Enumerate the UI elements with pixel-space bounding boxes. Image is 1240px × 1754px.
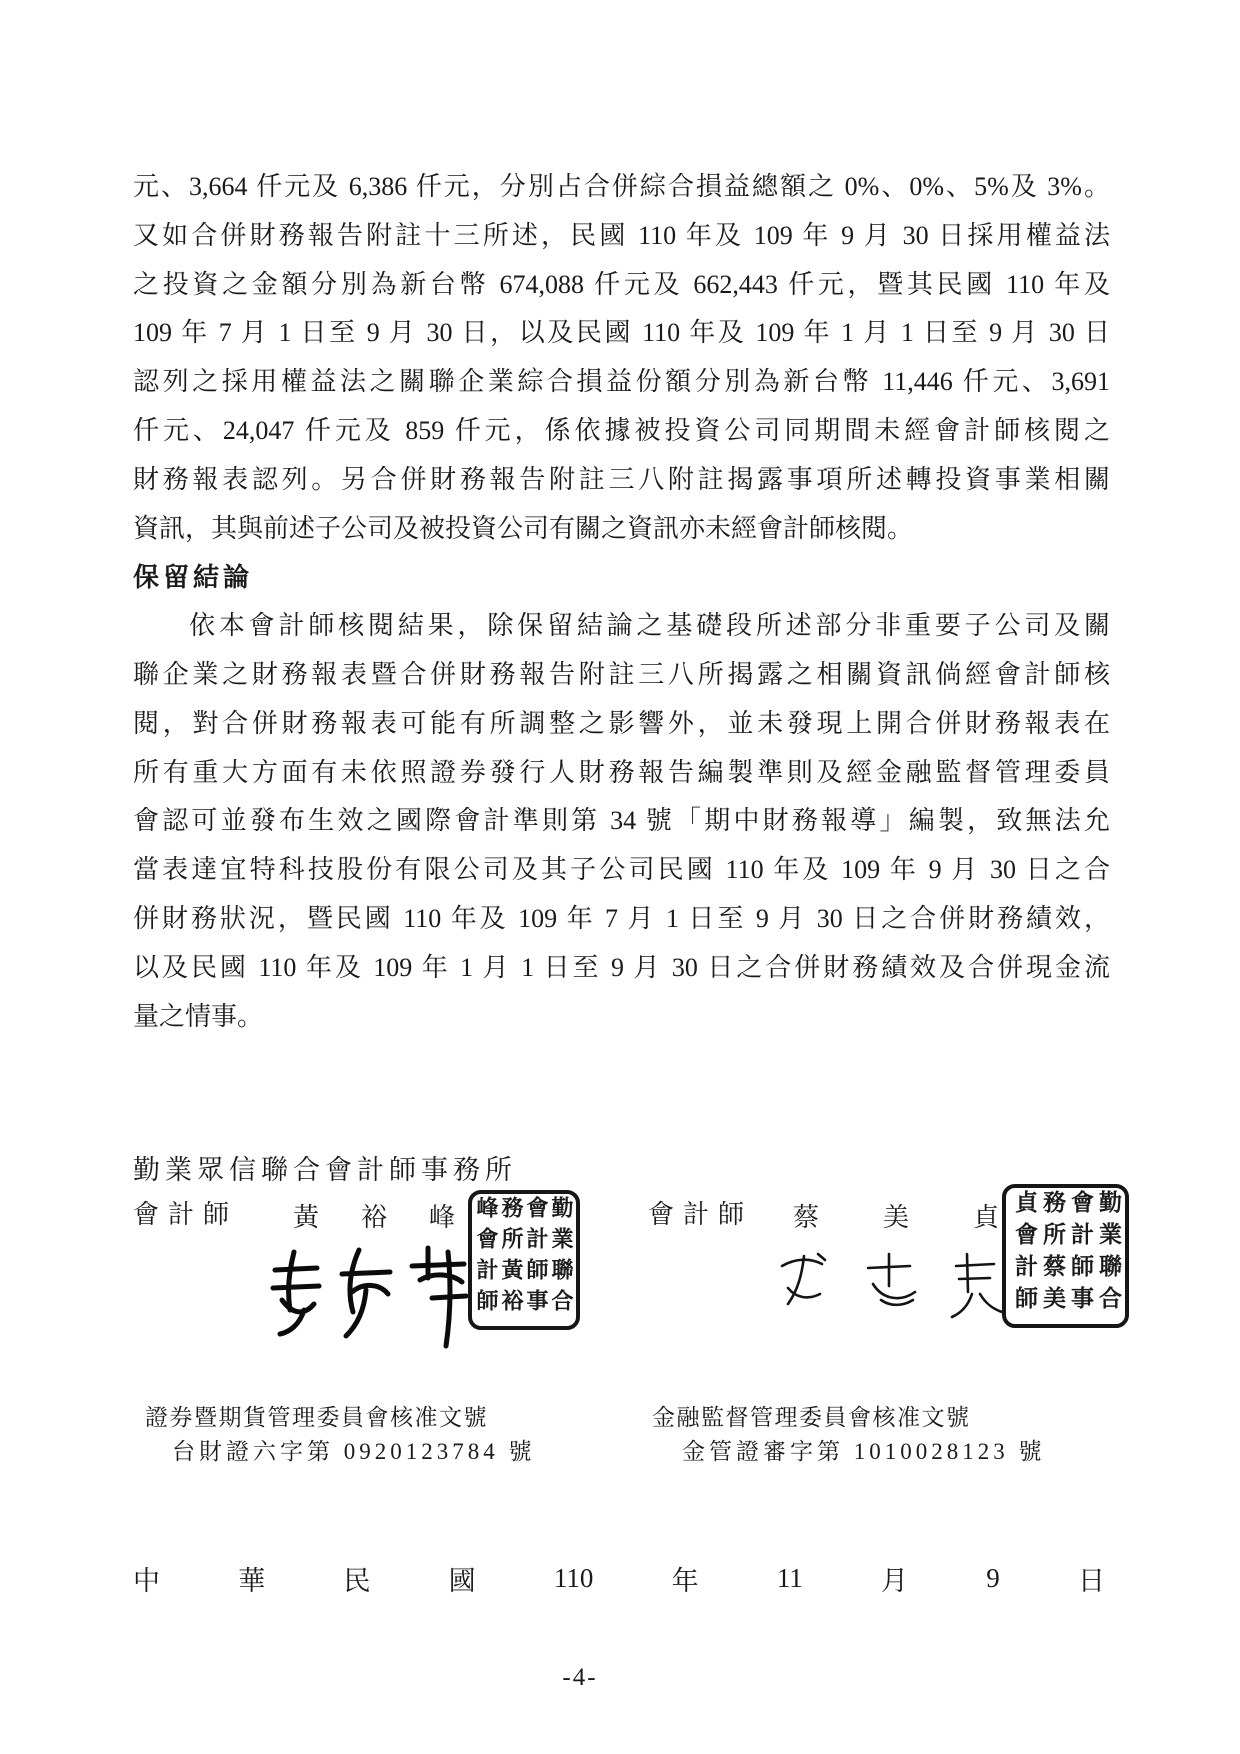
body-line-6: 併財務狀況，暨民國 110 年及 109 年 7 月 1 日至 9 月 30 日… xyxy=(133,895,1110,944)
report-date-line: 中華民國110年11月9日 xyxy=(133,1558,1105,1598)
body-line-5: 仟元、24,047 仟元及 859 仟元，係依據被投資公司同期間未經會計師核閱之 xyxy=(133,407,1110,456)
cpa-title-right: 會計師 xyxy=(648,1198,753,1232)
date-item-7: 月 xyxy=(881,1559,908,1598)
date-item-3: 國 xyxy=(449,1559,476,1598)
approval-fsc-number: 金管證審字第 1010028123 號 xyxy=(682,1435,1046,1468)
cpa-name-huang: 黃裕峰 xyxy=(293,1198,455,1232)
body-line-0: 依本會計師核閱結果，除保留結論之基礎段所述部分非重要子公司及關 xyxy=(133,602,1110,651)
name-char-1: 美 xyxy=(883,1197,909,1234)
audit-report-page: 元、3,664 仟元及 6,386 仟元，分別占合併綜合損益總額之 0%、0%、… xyxy=(0,0,1240,1754)
name-char-0: 蔡 xyxy=(793,1197,819,1234)
date-item-9: 日 xyxy=(1078,1559,1105,1598)
date-item-2: 民 xyxy=(343,1559,370,1598)
report-body: 元、3,664 仟元及 6,386 仟元，分別占合併綜合損益總額之 0%、0%、… xyxy=(133,163,1110,1041)
section-heading-qualified-conclusion: 保留結論 xyxy=(133,553,1110,602)
body-line-4: 認列之採用權益法之關聯企業綜合損益份額分別為新台幣 11,446 仟元、3,69… xyxy=(133,358,1110,407)
body-line-5: 當表達宜特科技股份有限公司及其子公司民國 110 年及 109 年 9 月 30… xyxy=(133,846,1110,895)
body-line-3: 所有重大方面有未依照證券發行人財務報告編製準則及經金融監督管理委員 xyxy=(133,749,1110,798)
name-char-0: 黃 xyxy=(293,1197,319,1234)
date-item-4: 110 xyxy=(554,1563,594,1594)
body-line-1: 聯企業之財務報表暨合併財務報告附註三八所揭露之相關資訊倘經會計師核 xyxy=(133,651,1110,700)
cpa-seal-tsai: 勤業聯合會計師事務所蔡美貞會計師 xyxy=(1002,1184,1129,1328)
body-line-2: 之投資之金額分別為新台幣 674,088 仟元及 662,443 仟元，暨其民國… xyxy=(133,261,1110,310)
approval-sfc-label: 證券暨期貨管理委員會核准文號 xyxy=(145,1400,536,1435)
signature-huang-yu-feng xyxy=(262,1238,487,1353)
body-line-0: 元、3,664 仟元及 6,386 仟元，分別占合併綜合損益總額之 0%、0%、… xyxy=(133,163,1110,212)
accounting-firm-name: 勤業眾信聯合會計師事務所 xyxy=(133,1148,517,1187)
body-line-7: 以及民國 110 年及 109 年 1 月 1 日至 9 月 30 日之合併財務… xyxy=(133,944,1110,993)
cpa-title-left: 會計師 xyxy=(133,1198,238,1232)
approval-sfc-number: 台財證六字第 0920123784 號 xyxy=(172,1435,536,1468)
cpa-seal-huang: 勤業聯合會計師事務所黃裕峰會計師 xyxy=(468,1190,580,1330)
approval-fsc: 金融監督管理委員會核准文號 金管證審字第 1010028123 號 xyxy=(652,1400,1046,1468)
body-line-4: 會認可並發布生效之國際會計準則第 34 號「期中財務報導」編製，致無法允 xyxy=(133,797,1110,846)
qualified-basis-paragraph: 元、3,664 仟元及 6,386 仟元，分別占合併綜合損益總額之 0%、0%、… xyxy=(133,163,1110,553)
body-line-7: 資訊，其與前述子公司及被投資公司有關之資訊亦未經會計師核閱。 xyxy=(133,505,1110,554)
name-char-2: 峰 xyxy=(429,1197,455,1234)
date-item-0: 中 xyxy=(133,1559,160,1598)
approval-sfc: 證券暨期貨管理委員會核准文號 台財證六字第 0920123784 號 xyxy=(145,1400,536,1468)
name-char-2: 貞 xyxy=(973,1197,999,1234)
date-item-5: 年 xyxy=(672,1559,699,1598)
cpa-name-tsai: 蔡美貞 xyxy=(793,1198,999,1232)
date-item-8: 9 xyxy=(986,1563,1000,1594)
body-line-2: 閱，對合併財務報表可能有所調整之影響外，並未發現上開合併財務報表在 xyxy=(133,700,1110,749)
date-item-6: 11 xyxy=(777,1563,803,1594)
body-line-6: 財務報表認列。另合併財務報告附註三八附註揭露事項所述轉投資事業相關 xyxy=(133,456,1110,505)
signature-tsai-mei-chen xyxy=(762,1246,1012,1324)
body-line-3: 109 年 7 月 1 日至 9 月 30 日，以及民國 110 年及 109 … xyxy=(133,309,1110,358)
body-line-1: 又如合併財務報告附註十三所述，民國 110 年及 109 年 9 月 30 日採… xyxy=(133,212,1110,261)
date-item-1: 華 xyxy=(238,1559,265,1598)
body-line-8: 量之情事。 xyxy=(133,993,1110,1042)
qualified-conclusion-paragraph: 依本會計師核閱結果，除保留結論之基礎段所述部分非重要子公司及關聯企業之財務報表暨… xyxy=(133,602,1110,1041)
name-char-1: 裕 xyxy=(361,1197,387,1234)
approval-fsc-label: 金融監督管理委員會核准文號 xyxy=(652,1400,1046,1435)
page-number: -4- xyxy=(520,1664,640,1692)
